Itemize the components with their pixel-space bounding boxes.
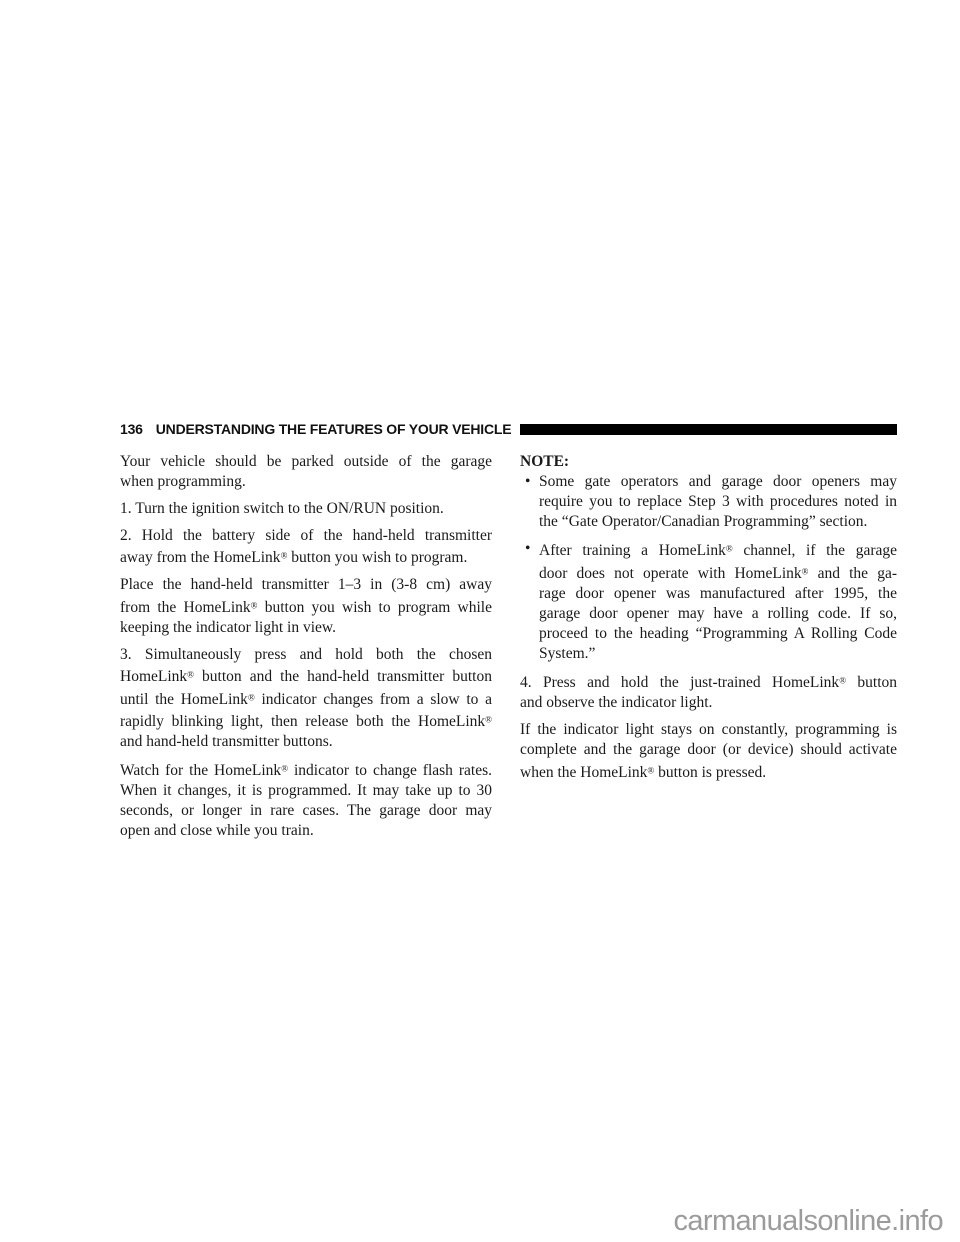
paragraph: 3. Simultaneously press and hold both th… — [120, 645, 492, 752]
text-line: away from the HomeLink® button you wish … — [120, 546, 492, 568]
bullet-item: •Some gate operators and garage door ope… — [520, 472, 897, 532]
text-line: 4. Press and hold the just-trained HomeL… — [520, 671, 897, 693]
manual-page: 136 UNDERSTANDING THE FEATURES OF YOUR V… — [0, 0, 960, 1242]
text-line: when the HomeLink® button is pressed. — [520, 760, 897, 782]
note-heading: NOTE: — [520, 452, 897, 472]
text-line: proceed to the heading “Programming A Ro… — [539, 624, 897, 644]
header-rule — [520, 424, 897, 435]
paragraph: Watch for the HomeLink® indicator to cha… — [120, 759, 492, 841]
left-column: Your vehicle should be parked outside of… — [120, 452, 492, 848]
text-line: 1. Turn the ignition switch to the ON/RU… — [120, 499, 492, 519]
bullet-marker: • — [525, 472, 530, 492]
right-column: NOTE:•Some gate operators and garage doo… — [520, 452, 897, 790]
bullet-marker: • — [525, 539, 530, 559]
text-line: NOTE: — [520, 452, 897, 472]
text-line: complete and the garage door (or device)… — [520, 740, 897, 760]
text-line: when programming. — [120, 472, 492, 492]
text-line: Some gate operators and garage door open… — [539, 472, 897, 492]
text-line: 3. Simultaneously press and hold both th… — [120, 645, 492, 665]
bullet-item: •After training a HomeLink® channel, if … — [520, 539, 897, 664]
text-line: door does not operate with HomeLink® and… — [539, 561, 897, 583]
page-header: 136 UNDERSTANDING THE FEATURES OF YOUR V… — [120, 421, 897, 437]
text-line: HomeLink® button and the hand-held trans… — [120, 665, 492, 687]
paragraph: 4. Press and hold the just-trained HomeL… — [520, 671, 897, 713]
paragraph: Your vehicle should be parked outside of… — [120, 452, 492, 492]
watermark: carmanualsonline.info — [673, 1205, 943, 1238]
text-line: open and close while you train. — [120, 821, 492, 841]
page-number: 136 — [120, 421, 143, 437]
text-line: and observe the indicator light. — [520, 693, 897, 713]
paragraph: 2. Hold the battery side of the hand-hel… — [120, 526, 492, 568]
text-line: seconds, or longer in rare cases. The ga… — [120, 801, 492, 821]
text-line: 2. Hold the battery side of the hand-hel… — [120, 526, 492, 546]
page-title: UNDERSTANDING THE FEATURES OF YOUR VEHIC… — [156, 421, 512, 437]
text-line: If the indicator light stays on constant… — [520, 720, 897, 740]
text-line: and hand-held transmitter buttons. — [120, 732, 492, 752]
text-line: from the HomeLink® button you wish to pr… — [120, 595, 492, 617]
text-line: Place the hand-held transmitter 1–3 in (… — [120, 575, 492, 595]
text-line: Watch for the HomeLink® indicator to cha… — [120, 759, 492, 781]
text-line: require you to replace Step 3 with proce… — [539, 492, 897, 512]
text-line: rapidly blinking light, then release bot… — [120, 710, 492, 732]
text-line: System.” — [539, 644, 897, 664]
paragraph: If the indicator light stays on constant… — [520, 720, 897, 782]
text-line: After training a HomeLink® channel, if t… — [539, 539, 897, 561]
text-line: garage door opener may have a rolling co… — [539, 604, 897, 624]
text-line: rage door opener was manufactured after … — [539, 584, 897, 604]
text-line: until the HomeLink® indicator changes fr… — [120, 687, 492, 709]
paragraph: 1. Turn the ignition switch to the ON/RU… — [120, 499, 492, 519]
text-line: keeping the indicator light in view. — [120, 618, 492, 638]
text-line: the “Gate Operator/Canadian Programming”… — [539, 512, 897, 532]
paragraph: Place the hand-held transmitter 1–3 in (… — [120, 575, 492, 637]
text-line: Your vehicle should be parked outside of… — [120, 452, 492, 472]
text-line: When it changes, it is programmed. It ma… — [120, 781, 492, 801]
